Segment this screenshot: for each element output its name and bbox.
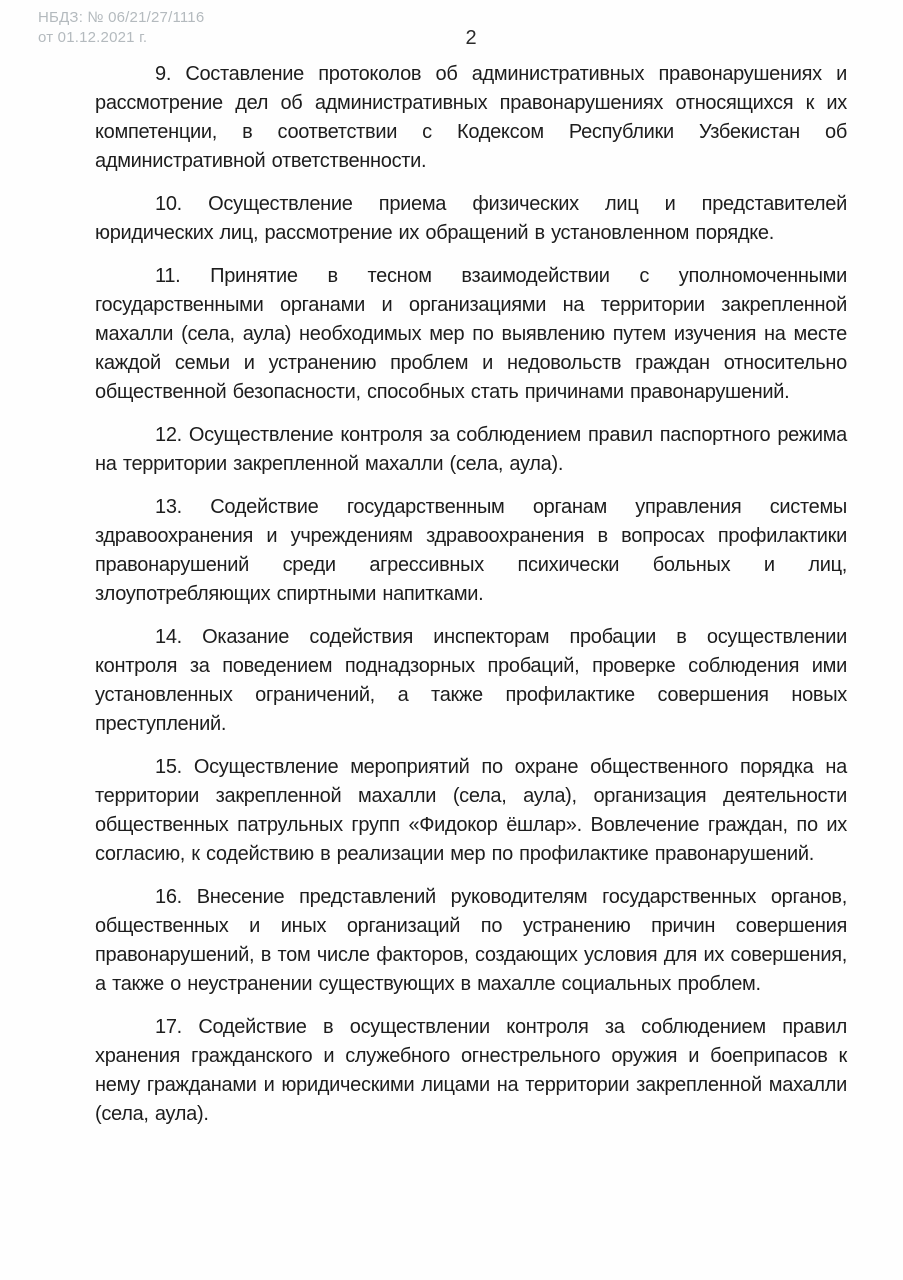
stamp-registration-number: НБДЗ: № 06/21/27/1116 bbox=[38, 8, 204, 28]
page-number: 2 bbox=[95, 27, 847, 50]
paragraph-item-15: 15. Осуществление мероприятий по охране … bbox=[95, 753, 847, 869]
paragraph-item-9: 9. Составление протоколов об администрат… bbox=[95, 60, 847, 176]
paragraph-item-14: 14. Оказание содействия инспекторам проб… bbox=[95, 623, 847, 739]
paragraph-item-11: 11. Принятие в тесном взаимодействии с у… bbox=[95, 262, 847, 407]
paragraph-item-13: 13. Содействие государственным органам у… bbox=[95, 493, 847, 609]
paragraph-item-17: 17. Содействие в осуществлении контроля … bbox=[95, 1013, 847, 1129]
paragraph-item-16: 16. Внесение представлений руководителям… bbox=[95, 883, 847, 999]
paragraph-item-10: 10. Осуществление приема физических лиц … bbox=[95, 190, 847, 248]
paragraph-item-12: 12. Осуществление контроля за соблюдение… bbox=[95, 421, 847, 479]
document-body: 9. Составление протоколов об администрат… bbox=[95, 60, 847, 1143]
